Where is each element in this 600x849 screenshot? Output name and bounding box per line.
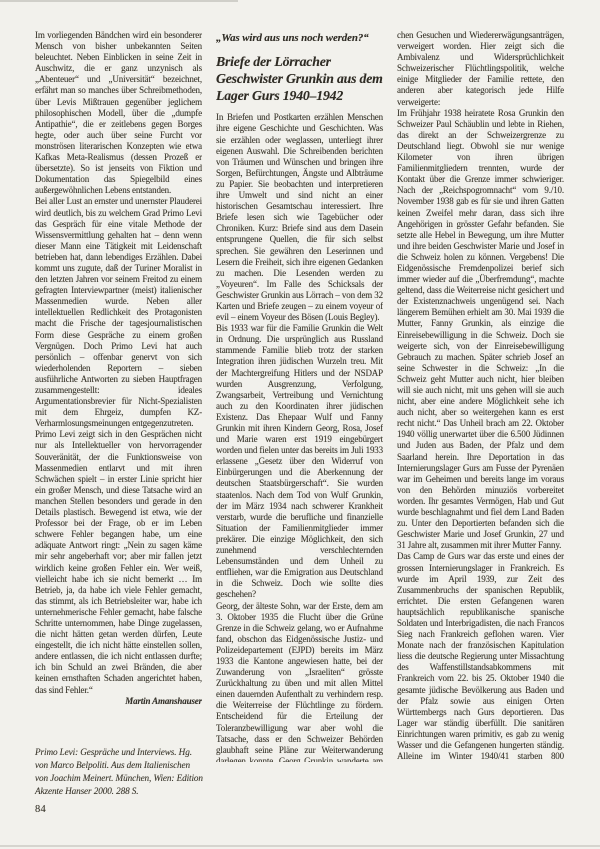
article-title: Briefe der Lörracher Geschwister Grunkin… <box>216 54 383 104</box>
article-column-middle: „Was wird aus uns noch werden?“ Briefe d… <box>216 30 383 762</box>
review-column: Im vorliegenden Bändchen wird ein besond… <box>35 30 202 762</box>
review-paragraph: Im vorliegenden Bändchen wird ein besond… <box>35 30 202 196</box>
article-paragraph: Das Camp de Gurs war das erste und eines… <box>397 551 564 762</box>
article-paragraph: In Briefen und Postkarten erzählen Mensc… <box>216 112 383 323</box>
page-columns: Im vorliegenden Bändchen wird ein besond… <box>35 30 565 762</box>
page-number: 84 <box>35 804 46 815</box>
article-paragraph: Bis 1933 war für die Familie Grunkin die… <box>216 323 383 600</box>
article-paragraph: Im Frühjahr 1938 heiratete Rosa Grunkin … <box>397 108 564 552</box>
scan-edge-top <box>0 0 238 2</box>
article-column-right: chen Gesuchen und Wiedererwägungsanträge… <box>397 30 564 762</box>
article-paragraph: chen Gesuchen und Wiedererwägungsanträge… <box>397 30 564 108</box>
scanned-page: Im vorliegenden Bändchen wird ein besond… <box>0 0 600 849</box>
review-paragraph: Bei aller Lust an ernster und unernster … <box>35 196 202 429</box>
review-author-signature: Martin Amanshauser <box>35 696 202 707</box>
scan-edge-bottom <box>0 845 600 847</box>
book-reference-footnote: Primo Levi: Gespräche und Interviews. Hg… <box>35 746 205 798</box>
article-paragraph: Georg, der älteste Sohn, war der Erste, … <box>216 601 383 762</box>
article-kicker: „Was wird aus uns noch werden?“ <box>216 32 383 45</box>
review-paragraph: Primo Levi zeigt sich in den Gesprächen … <box>35 429 202 695</box>
